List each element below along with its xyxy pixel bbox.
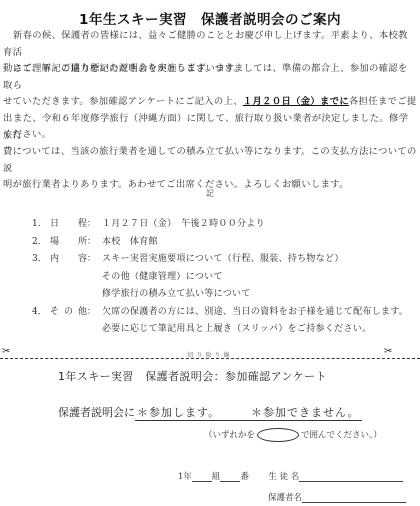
item-label: 日 程： [50, 216, 102, 234]
label-char: 容： [78, 251, 96, 269]
item-value: 本校 体育館 [102, 234, 417, 252]
option-attend[interactable]: ＊参加します。 [135, 404, 249, 421]
detail-item-place: 2． 場 所： 本校 体育館 [32, 234, 417, 252]
paragraph-text: 新春の候、保護者の皆様には、益々ご健勝のこととお慶び申し上げます。平素より、本校… [3, 30, 408, 58]
cut-line-divider [0, 358, 420, 359]
student-name-field[interactable] [299, 471, 403, 482]
label-char: 内 [50, 251, 59, 269]
item-value: スキー実習実施要項について（行程、服装、持ち物など） [102, 251, 417, 269]
oval-icon [257, 428, 299, 442]
label-char: の [64, 304, 73, 322]
attendance-prefix: 保護者説明会に [58, 406, 135, 419]
student-info-row: 1年組番 生 徒 名 [178, 470, 403, 482]
item-value: １月２７日（金） 午後２時００分より [102, 216, 417, 234]
form-title: 1年スキー実習 保護者説明会：参加確認アンケート [58, 368, 327, 384]
detail-item-content-cont: 修学旅行の積み立て払い等について [32, 286, 417, 304]
detail-item-other: 4． そ の 他： 欠席の保護者の方には、別途、当日の資料をお子様を通じて配布し… [32, 304, 417, 322]
class-label: 組 [212, 472, 221, 482]
option-absent[interactable]: ＊参加できません。 [249, 404, 362, 421]
item-label: 場 所： [50, 234, 102, 252]
attendance-choice: 保護者説明会に＊参加します。＊参加できません。 [58, 404, 362, 421]
item-number: 2． [32, 234, 50, 252]
paragraph-text: さて、下記の通り標記の説明会を実施します。つきましては、準備の都合上、参加の確認… [3, 63, 408, 91]
number-label: 番 [240, 472, 249, 482]
circle-instruction: （いずれかをで囲んでください。） [204, 428, 382, 442]
option-label: ＊参加します。 [137, 406, 220, 419]
ki-heading: 記 [0, 188, 420, 199]
details-list: 1． 日 程： １月２７日（金） 午後２時００分より 2． 場 所： 本校 体育… [32, 216, 417, 339]
item-value: 必要に応じて筆記用具と上履き（スリッパ）をご持参ください。 [102, 321, 417, 339]
paragraph-text: せていただきます。参加確認アンケートにご記入の上、 [3, 96, 243, 107]
option-label: ＊参加できません。 [251, 406, 360, 419]
item-value: その他（健康管理）について [102, 269, 417, 287]
instruction-text: （いずれかを [204, 431, 255, 441]
class-field[interactable] [192, 471, 212, 482]
item-number: 1． [32, 216, 50, 234]
label-char: そ [50, 304, 59, 322]
guardian-info-row: 保護者名 [268, 491, 406, 503]
guardian-name-field[interactable] [302, 492, 406, 503]
item-label: そ の 他： [50, 304, 102, 322]
item-value: 修学旅行の積み立て払い等について [102, 286, 417, 304]
document-page: 1年生スキー実習 保護者説明会のご案内 新春の候、保護者の皆様には、益々ご健勝の… [0, 0, 420, 506]
label-char: 日 [50, 216, 59, 234]
detail-item-schedule: 1． 日 程： １月２７日（金） 午後２時００分より [32, 216, 417, 234]
instruction-text: で囲んでください。） [301, 431, 382, 441]
number-field[interactable] [220, 471, 240, 482]
label-char: 所： [78, 234, 96, 252]
item-value: 欠席の保護者の方には、別途、当日の資料をお子様を通じて配布します。 [102, 304, 417, 322]
label-char: 程： [78, 216, 96, 234]
detail-item-content: 3． 内 容： スキー実習実施要項について（行程、服装、持ち物など） [32, 251, 417, 269]
item-label: 内 容： [50, 251, 102, 269]
grade-label: 1年 [178, 472, 192, 482]
deadline-text: １月２０日（金）までに [243, 96, 349, 107]
detail-item-other-cont: 必要に応じて筆記用具と上履き（スリッパ）をご持参ください。 [32, 321, 417, 339]
label-char: 他： [78, 304, 96, 322]
student-name-label: 生 徒 名 [268, 472, 299, 482]
paragraph-text: 費については、当該の旅行業者を通しての積み立て払い等になります。この支払方法につ… [3, 146, 417, 174]
guardian-name-label: 保護者名 [268, 493, 302, 503]
document-title: 1年生スキー実習 保護者説明会のご案内 [0, 8, 420, 28]
label-char: 場 [50, 234, 59, 252]
paragraph-text: また、令和６年度修学旅行（沖縄方面）に関して、旅行取り扱い業者が決定しました。修… [3, 113, 408, 141]
item-number: 4． [32, 304, 50, 322]
detail-item-content-cont: その他（健康管理）について [32, 269, 417, 287]
item-number: 3． [32, 251, 50, 269]
trip-paragraph: また、令和６年度修学旅行（沖縄方面）に関して、旅行取り扱い業者が決定しました。修… [3, 111, 417, 194]
